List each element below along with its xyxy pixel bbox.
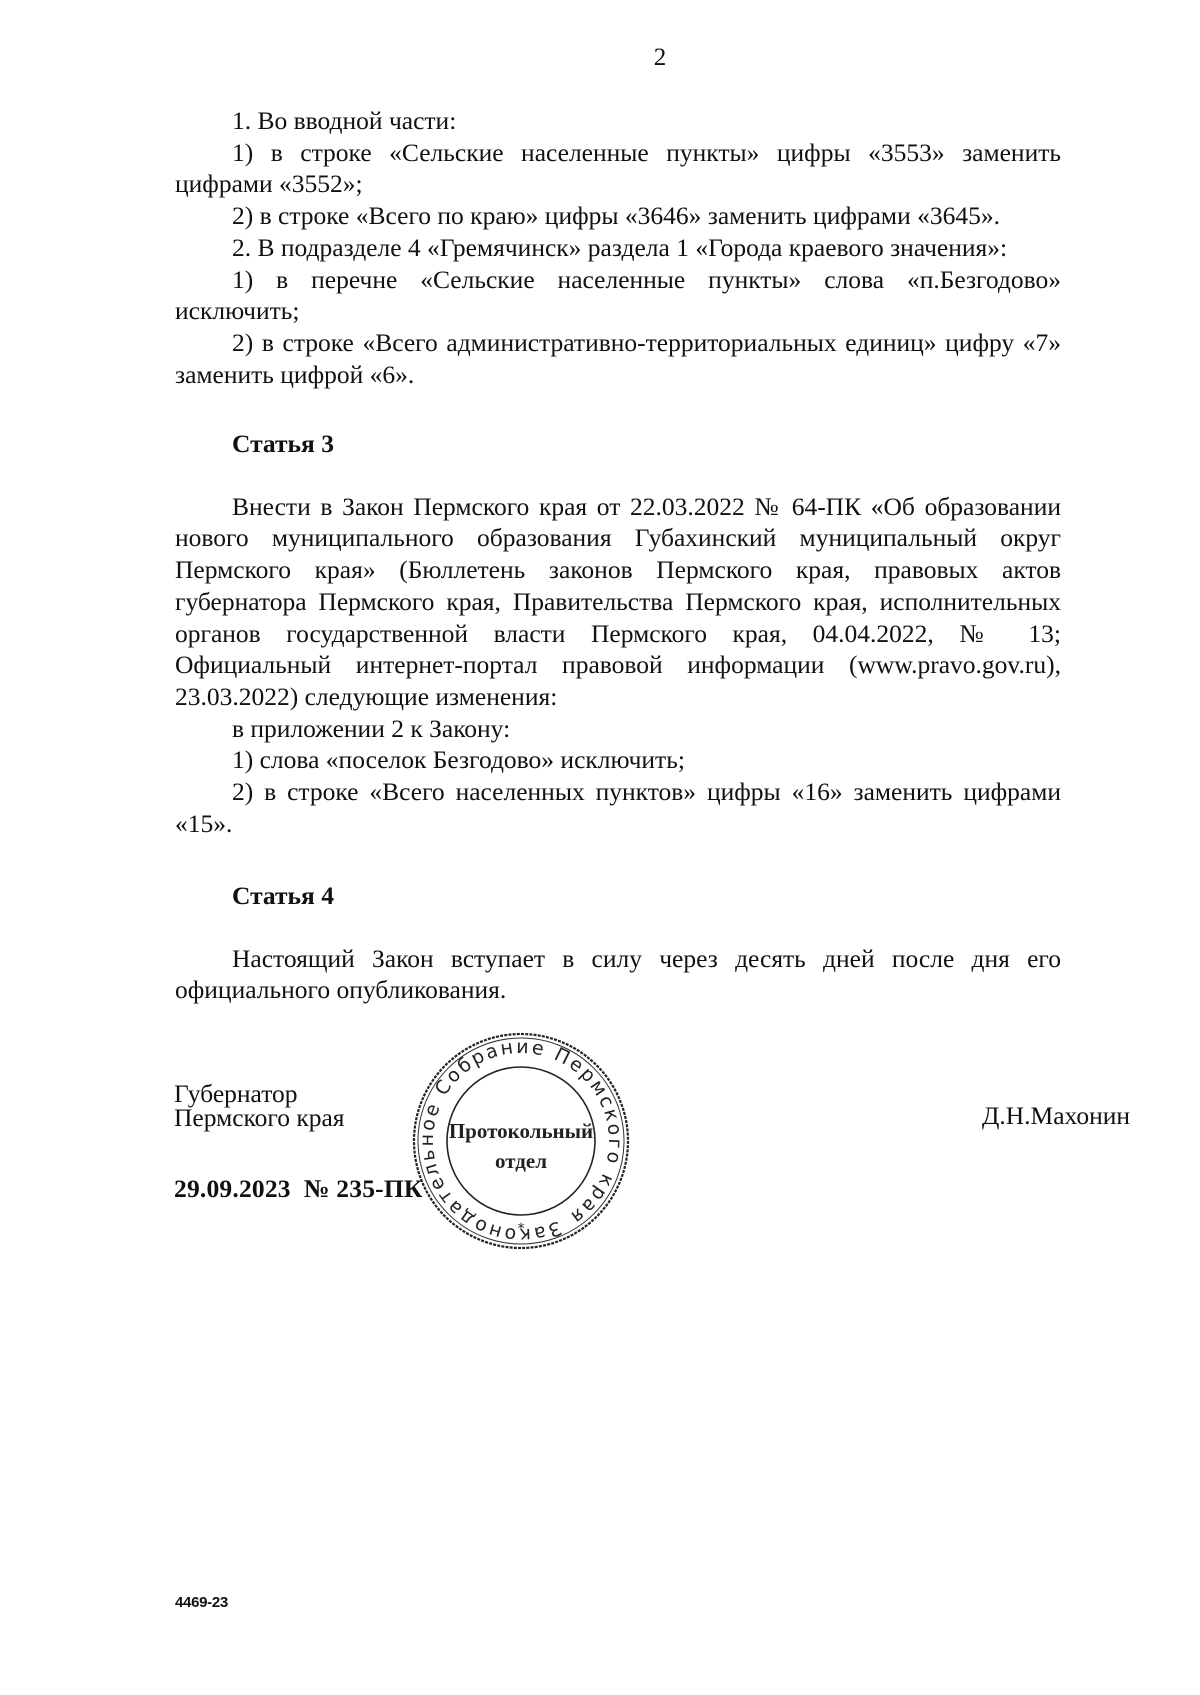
article-4: Статья 4 Настоящий Закон вступает в силу… (175, 880, 1061, 1006)
signatory-title: Губернатор Пермского края (174, 1082, 345, 1130)
document-code: 4469-23 (175, 1594, 228, 1611)
article-4-paragraph: Настоящий Закон вступает в силу через де… (175, 943, 1061, 1006)
article-3: Статья 3 Внести в Закон Пермского края о… (175, 428, 1061, 839)
article-3-paragraph: Внести в Закон Пермского края от 22.03.2… (175, 491, 1061, 713)
signatory-name: Д.Н.Махонин (982, 1101, 1130, 1131)
article-3-paragraph: в приложении 2 к Закону: (175, 713, 1061, 745)
article-4-heading: Статья 4 (175, 880, 1061, 912)
intro-paragraph: 1. Во вводной части: (175, 105, 1061, 137)
stamp-seal-icon: Законодательное Собрание Пермского края … (410, 1030, 632, 1252)
intro-amendments: 1. Во вводной части: 1) в строке «Сельск… (175, 105, 1061, 390)
official-stamp: Законодательное Собрание Пермского края … (410, 1030, 632, 1252)
article-3-paragraph: 2) в строке «Всего населенных пунктов» ц… (175, 776, 1061, 839)
article-3-heading: Статья 3 (175, 428, 1061, 460)
intro-paragraph: 2) в строке «Всего по краю» цифры «3646»… (175, 200, 1061, 232)
article-3-paragraph: 1) слова «поселок Безгодово» исключить; (175, 744, 1061, 776)
page-number: 2 (0, 44, 1200, 72)
intro-paragraph: 2. В подразделе 4 «Гремячинск» раздела 1… (175, 232, 1061, 264)
signatory-title-line2: Пермского края (174, 1106, 345, 1130)
stamp-center-line2: отдел (495, 1149, 547, 1173)
law-date-number: 29.09.2023 № 235-ПК (174, 1174, 423, 1204)
intro-paragraph: 2) в строке «Всего административно-терри… (175, 327, 1061, 390)
stamp-star-icon: * (518, 1221, 525, 1237)
stamp-center-line1: Протокольный (449, 1119, 593, 1143)
intro-paragraph: 1) в строке «Сельские населенные пункты»… (175, 137, 1061, 200)
intro-paragraph: 1) в перечне «Сельские населенные пункты… (175, 264, 1061, 327)
